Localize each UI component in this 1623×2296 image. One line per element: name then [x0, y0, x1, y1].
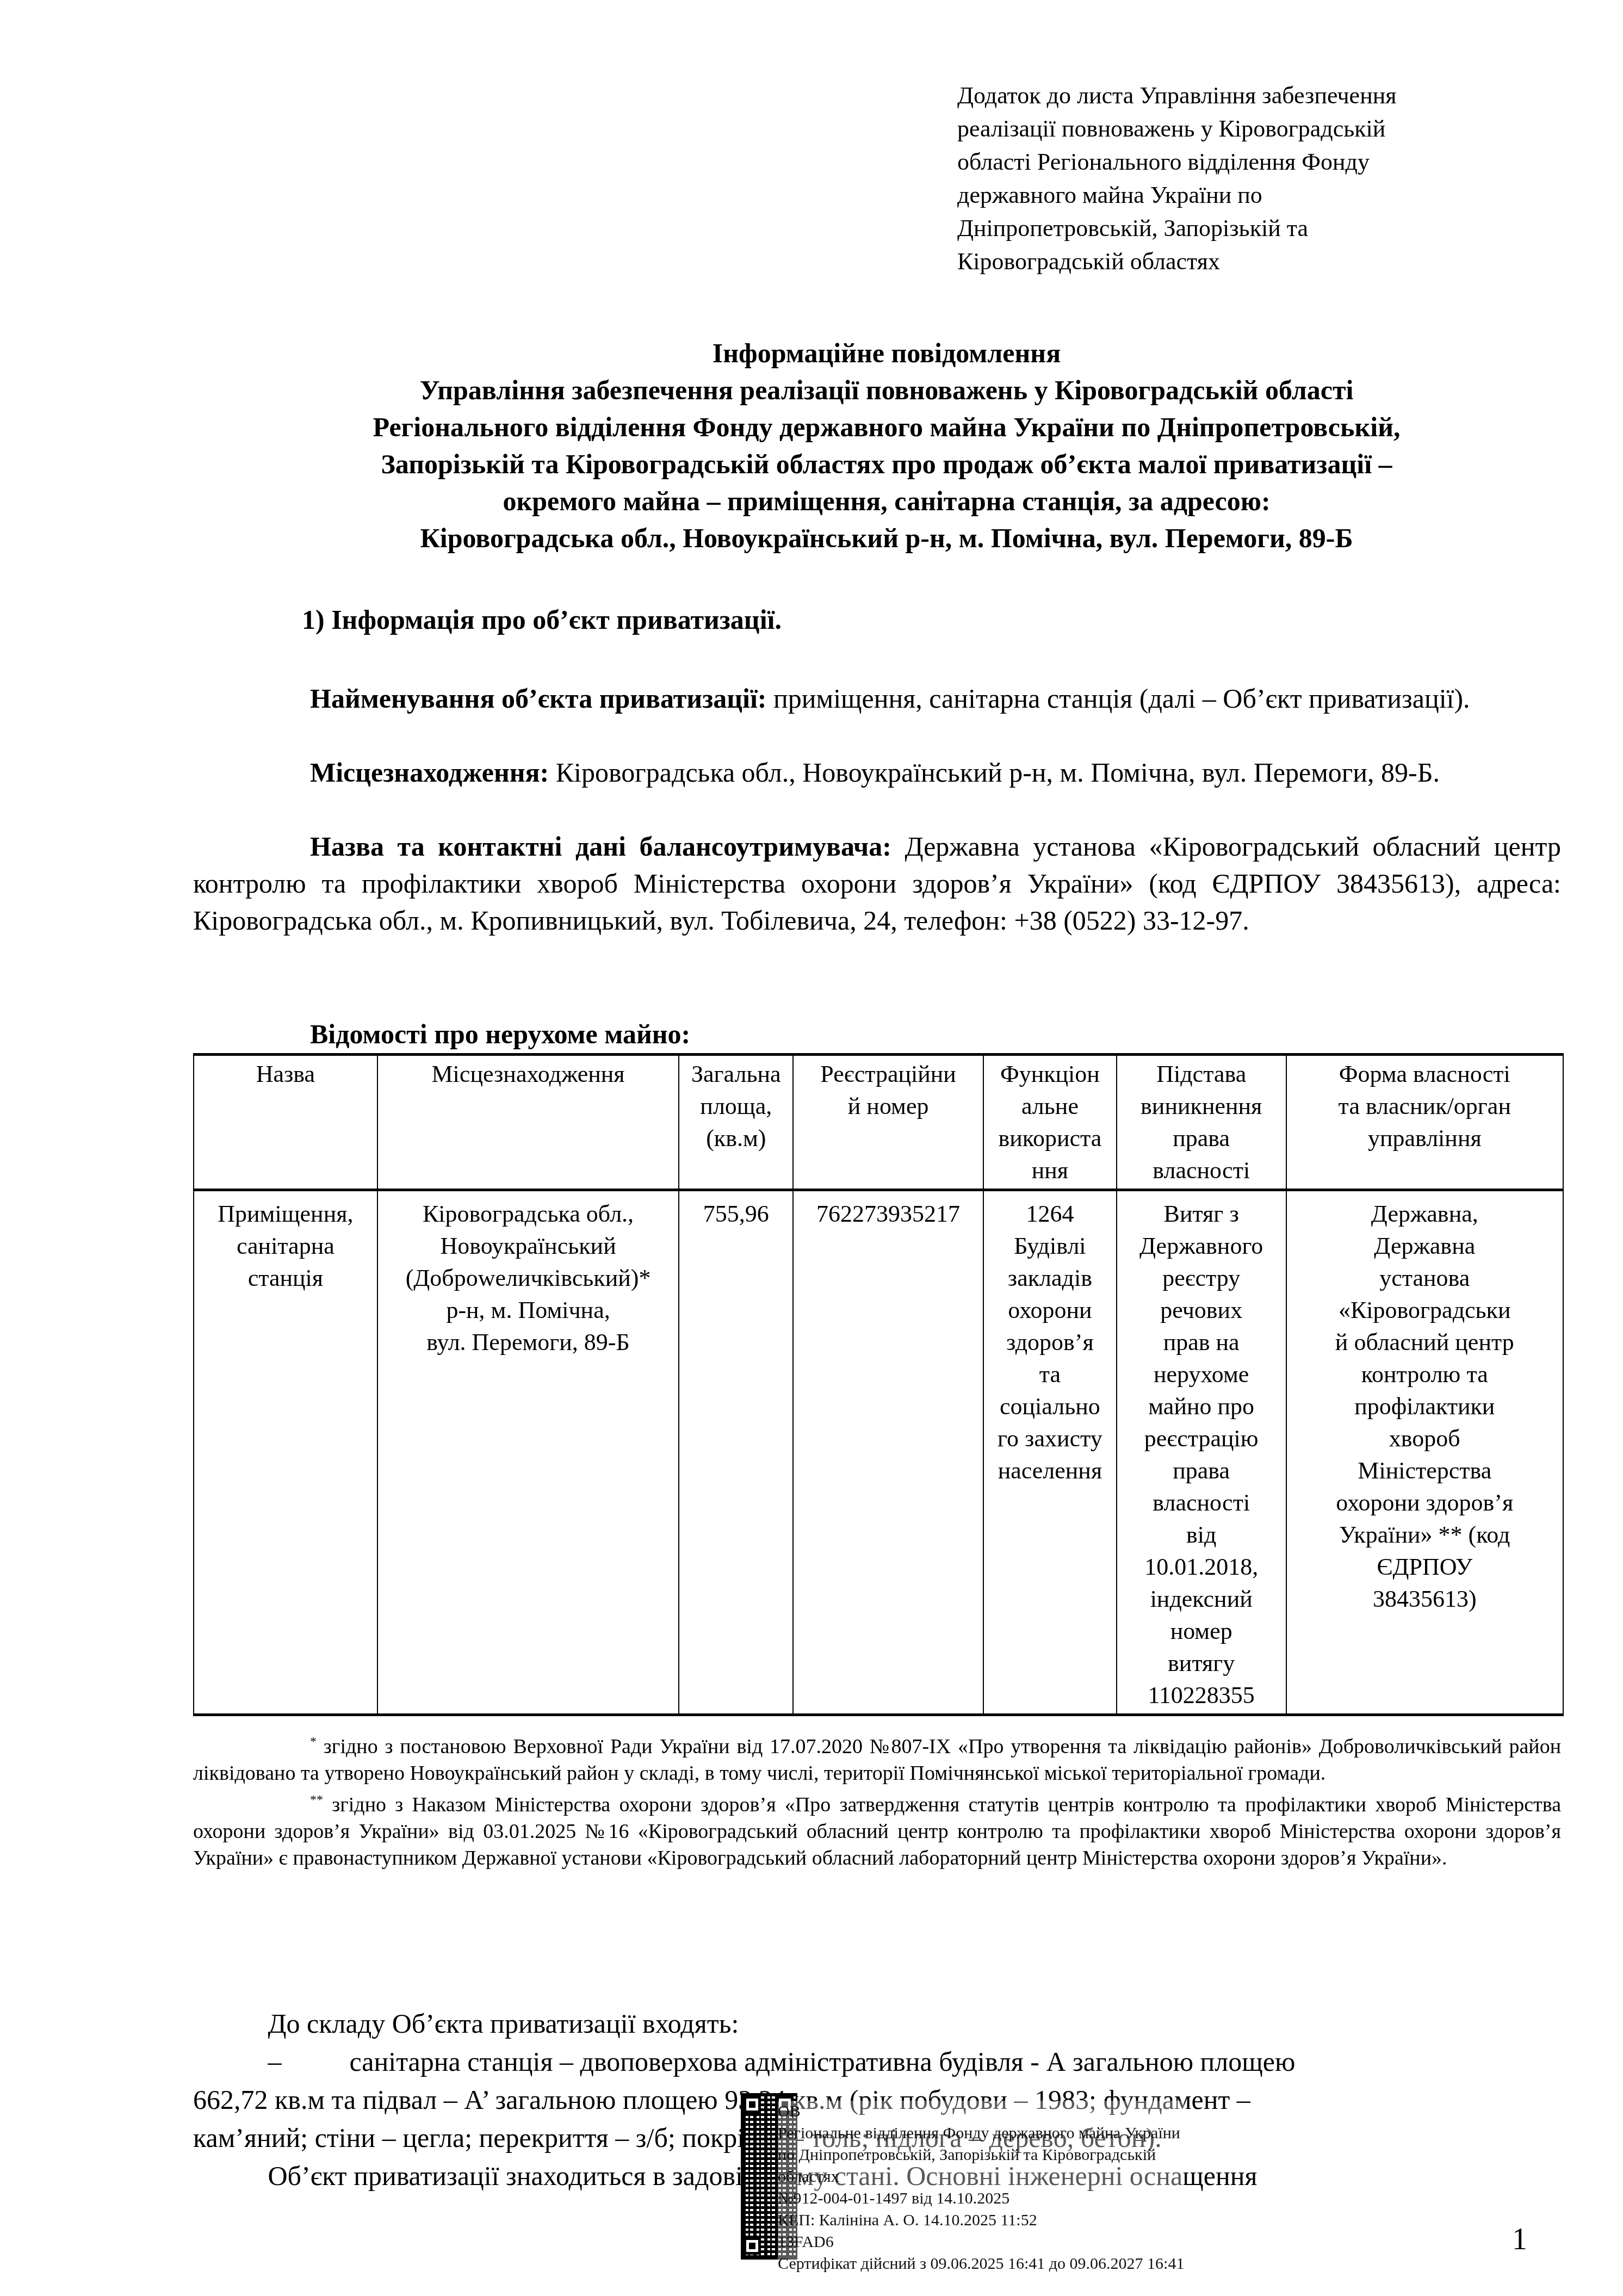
location-label: Місцезнаходження:	[310, 757, 549, 788]
column-header: Реєстраційний номер	[793, 1055, 983, 1190]
signature-line: 13FAD6	[778, 2231, 1184, 2253]
column-header: Підстававиникненняправавласності	[1117, 1055, 1286, 1190]
annex-line: Додаток до листа Управління забезпечення	[957, 79, 1556, 112]
digital-signature-stamp: ОВ Регіональне відділення Фонду державно…	[778, 2101, 1184, 2275]
column-header: Загальнаплоща,(кв.м)	[679, 1055, 793, 1190]
annex-line: державного майна України по	[957, 178, 1556, 212]
title-line: Управління забезпечення реалізації повно…	[196, 372, 1577, 409]
footnote-marker: **	[310, 1793, 323, 1807]
object-name-value: приміщення, санітарна станція (далі – Об…	[767, 683, 1470, 714]
document-title: Інформаційне повідомлення Управління заб…	[196, 335, 1577, 556]
title-line: Запорізькій та Кіровоградській областях …	[196, 445, 1577, 482]
title-line: окремого майна – приміщення, санітарна с…	[196, 482, 1577, 519]
column-header: Місцезнаходження	[377, 1055, 679, 1190]
composition-line: – санітарна станція – двоповерхова адмін…	[193, 2043, 1561, 2081]
signature-line: КЕП: Калініна А. О. 14.10.2025 11:52	[778, 2210, 1184, 2231]
title-line: Регіонального відділення Фонду державног…	[196, 409, 1577, 445]
signature-line: Сертифікат дійсний з 09.06.2025 16:41 до…	[778, 2253, 1184, 2275]
table-header-row: НазваМісцезнаходженняЗагальнаплоща,(кв.м…	[194, 1055, 1563, 1190]
footnote-2: ** згідно з Наказом Міністерства охорони…	[193, 1787, 1561, 1872]
table-cell: Витяг зДержавногореєструречовихправ нане…	[1117, 1190, 1286, 1715]
annex-header: Додаток до листа Управління забезпечення…	[957, 79, 1556, 278]
footnote-marker: *	[310, 1735, 317, 1749]
signature-line: по Дніпропетровській, Запорізькій та Кір…	[778, 2144, 1184, 2166]
title-line: Кіровоградська обл., Новоукраїнський р-н…	[196, 519, 1577, 556]
location-value: Кіровоградська обл., Новоукраїнський р-н…	[549, 757, 1440, 788]
signature-line: областях	[778, 2166, 1184, 2188]
title-line: Інформаційне повідомлення	[196, 335, 1577, 372]
realty-table-caption: Відомості про нерухоме майно:	[310, 1018, 690, 1050]
table-cell: Державна,Державнаустанова«Кіровоградськи…	[1286, 1190, 1563, 1715]
table-cell: 755,96	[679, 1190, 793, 1715]
column-header: Форма власностіта власник/органуправлінн…	[1286, 1055, 1563, 1190]
balance-holder-label: Назва та контактні дані балансоутримувач…	[310, 831, 891, 862]
column-header: Назва	[194, 1055, 377, 1190]
object-name-label: Найменування об’єкта приватизації:	[310, 683, 767, 714]
table-cell: Приміщення,санітарнастанція	[194, 1190, 377, 1715]
location-paragraph: Місцезнаходження: Кіровоградська обл., Н…	[193, 754, 1561, 791]
document-page: Додаток до листа Управління забезпечення…	[0, 0, 1623, 2296]
page-number: 1	[1512, 2222, 1527, 2257]
signature-line: №912-004-01-1497 від 14.10.2025	[778, 2188, 1184, 2210]
table-cell: 1264Будівлізакладівохорониздоров’ятасоці…	[983, 1190, 1117, 1715]
annex-line: Дніпропетровській, Запорізькій та	[957, 212, 1556, 245]
qr-finder-pattern	[744, 2237, 761, 2255]
table-row: Приміщення,санітарнастанціяКіровоградськ…	[194, 1190, 1563, 1715]
balance-holder-paragraph: Назва та контактні дані балансоутримувач…	[193, 828, 1561, 939]
footnote-1: * згідно з постановою Верховної Ради Укр…	[193, 1729, 1561, 1787]
signature-line: ОВ	[778, 2101, 1184, 2122]
table-cell: Кіровоградська обл.,Новоукраїнський(Добр…	[377, 1190, 679, 1715]
annex-line: Кіровоградській областях	[957, 245, 1556, 278]
section-heading: 1) Інформація про об’єкт приватизації.	[302, 604, 782, 635]
column-header: Функціональневикористання	[983, 1055, 1117, 1190]
qr-finder-pattern	[744, 2096, 761, 2113]
composition-line: До складу Об’єкта приватизації входять:	[193, 2004, 1561, 2043]
annex-line: реалізації повноважень у Кіровоградській	[957, 112, 1556, 145]
table-cell: 762273935217	[793, 1190, 983, 1715]
realty-table: НазваМісцезнаходженняЗагальнаплоща,(кв.м…	[193, 1053, 1564, 1716]
signature-line: Регіональне відділення Фонду державного …	[778, 2122, 1184, 2144]
object-name-paragraph: Найменування об’єкта приватизації: примі…	[193, 680, 1561, 717]
footnotes: * згідно з постановою Верховної Ради Укр…	[193, 1729, 1561, 1872]
annex-line: області Регіонального відділення Фонду	[957, 145, 1556, 178]
